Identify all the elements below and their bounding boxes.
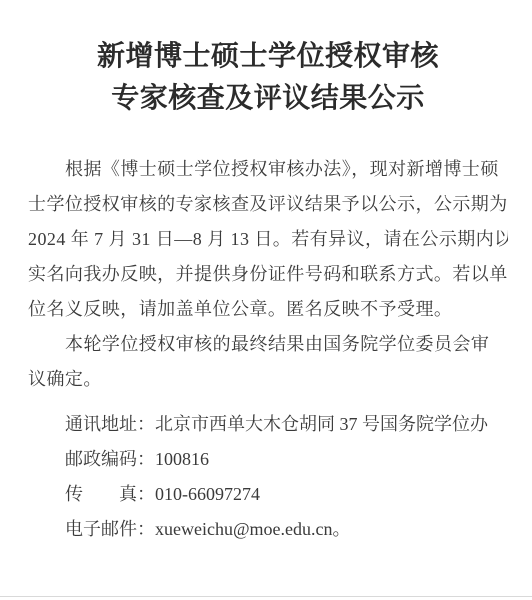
notice-title-line1: 新增博士硕士学位授权审核 [28, 36, 508, 78]
paragraph-announcement: 根据《博士硕士学位授权审核办法》，现对新增博士硕 士学位授权审核的专家核查及评议… [28, 152, 508, 327]
contact-label: 邮政编码： [65, 442, 155, 477]
contact-value: 010-66097274 [155, 477, 260, 512]
paragraph-line: 2024 年 7 月 31 日—8 月 13 日。若有异议，请在公示期内以 [28, 222, 508, 257]
contact-row-fax: 传 真： 010-66097274 [28, 477, 508, 512]
page-bottom-rule [0, 596, 532, 597]
contact-value: 100816 [155, 442, 209, 477]
paragraph-line: 士学位授权审核的专家核查及评议结果予以公示，公示期为 [28, 187, 508, 222]
paragraph-final-result: 本轮学位授权审核的最终结果由国务院学位委员会审 议确定。 [28, 327, 508, 397]
contact-row-address: 通讯地址： 北京市西单大木仓胡同 37 号国务院学位办 [28, 407, 508, 442]
contact-label: 电子邮件： [65, 512, 155, 547]
contact-block: 通讯地址： 北京市西单大木仓胡同 37 号国务院学位办 邮政编码： 100816… [28, 407, 508, 547]
paragraph-line: 位名义反映，请加盖单位公章。匿名反映不予受理。 [28, 292, 508, 327]
contact-label: 传 真： [65, 477, 155, 512]
paragraph-line: 本轮学位授权审核的最终结果由国务院学位委员会审 [28, 327, 508, 362]
notice-document: 新增博士硕士学位授权审核 专家核查及评议结果公示 根据《博士硕士学位授权审核办法… [0, 0, 532, 547]
contact-row-postcode: 邮政编码： 100816 [28, 442, 508, 477]
notice-title: 新增博士硕士学位授权审核 专家核查及评议结果公示 [28, 36, 508, 120]
contact-value: xueweichu@moe.edu.cn。 [155, 512, 351, 547]
paragraph-line: 实名向我办反映，并提供身份证件号码和联系方式。若以单 [28, 257, 508, 292]
contact-value: 北京市西单大木仓胡同 37 号国务院学位办 [155, 407, 488, 442]
paragraph-line: 根据《博士硕士学位授权审核办法》，现对新增博士硕 [28, 152, 508, 187]
paragraph-line: 议确定。 [28, 362, 508, 397]
contact-label: 通讯地址： [65, 407, 155, 442]
contact-row-email: 电子邮件： xueweichu@moe.edu.cn。 [28, 512, 508, 547]
notice-title-line2: 专家核查及评议结果公示 [28, 78, 508, 120]
